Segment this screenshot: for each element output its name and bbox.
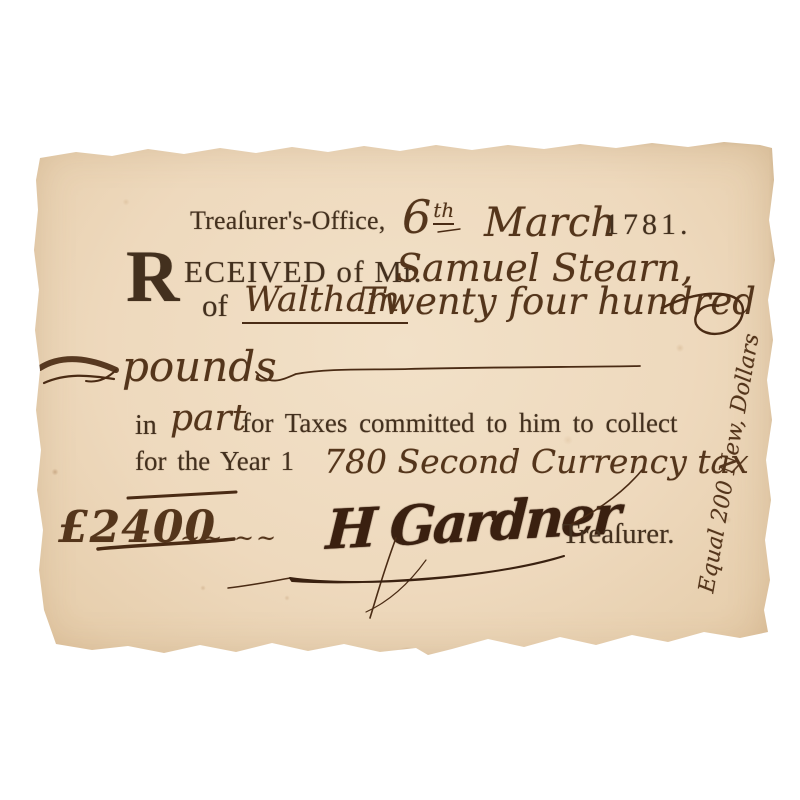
- treasurer-title-label: Treaſurer.: [562, 518, 675, 551]
- pounds-word: pounds: [122, 342, 277, 391]
- received-dropcap: R: [126, 246, 179, 309]
- body-script-line2: 780 Second Currency tax: [324, 442, 749, 481]
- office-label: Treaſurer's-Office,: [190, 206, 385, 236]
- receipt-paper: Treaſurer's-Office, 6th March 1781. R EC…: [28, 140, 776, 660]
- body-printed-line2: for the Year 1: [135, 446, 294, 477]
- date-month: March: [484, 200, 616, 246]
- date-year: 1781.: [604, 208, 692, 242]
- body-printed-line1: for Taxes committed to him to collect: [242, 408, 678, 439]
- amount-overline: [128, 492, 236, 498]
- amount-in-words: Twenty four hundred: [360, 280, 756, 323]
- pounds-flourish-stroke2: [44, 376, 114, 383]
- date-day-number: 6: [402, 190, 431, 244]
- pounds-flourish-stroke: [40, 359, 116, 370]
- pounds-flourish-tail: [86, 370, 116, 381]
- date-day: 6th: [402, 190, 454, 244]
- amount-flourish-marks: ~~ ~~: [180, 524, 278, 552]
- pounds-rule: [256, 366, 640, 381]
- body-part-word: part: [170, 398, 246, 439]
- date-day-suffix: th: [433, 198, 454, 225]
- signature-lead-stroke: [228, 578, 290, 588]
- body-in-label: in: [135, 410, 157, 442]
- of-label: of: [202, 288, 228, 324]
- signature-descender2: [366, 560, 426, 612]
- photo-background: { "colors": { "background": "#ffffff", "…: [0, 0, 800, 800]
